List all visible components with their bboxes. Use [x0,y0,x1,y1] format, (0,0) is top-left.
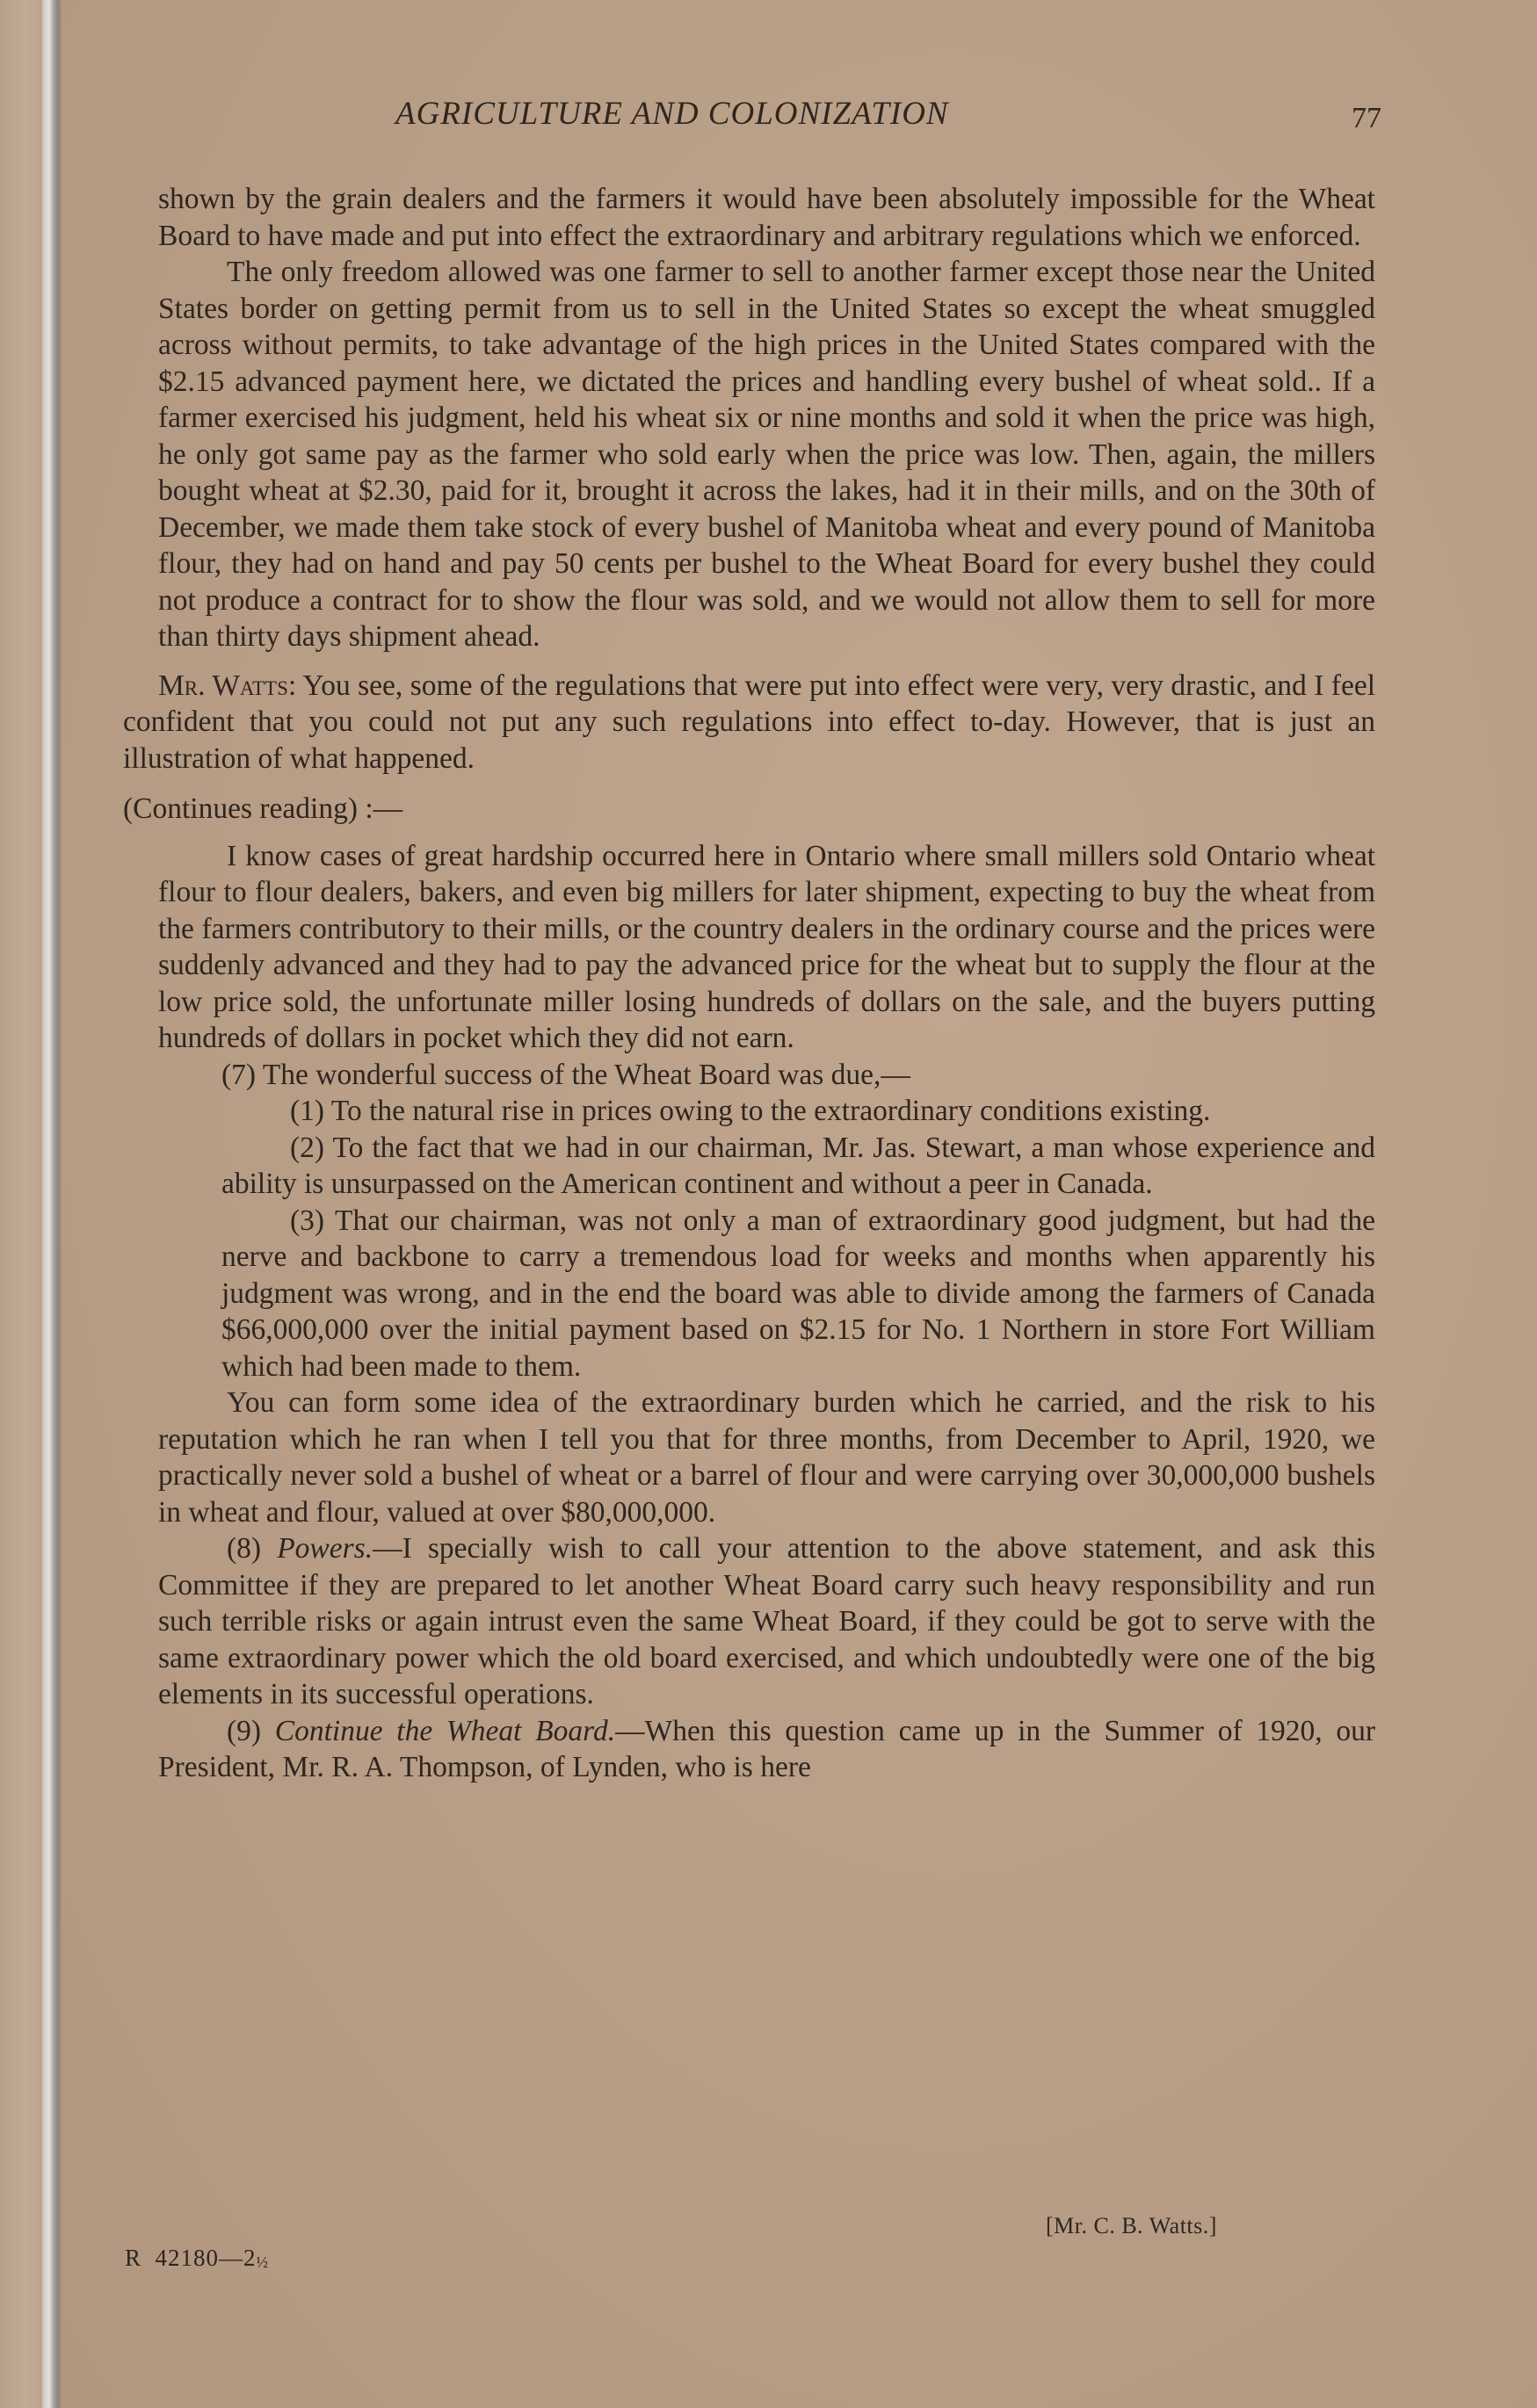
paragraph-speaker: Mr. Watts: You see, some of the regulati… [123,668,1375,777]
paragraph-item-7-3: (3) That our chairman, was not only a ma… [221,1203,1375,1385]
paragraph-item-7-1: (1) To the natural rise in prices owing … [221,1093,1375,1130]
paragraph-burden: You can form some idea of the extraordin… [158,1385,1375,1530]
paragraph-hardship: I know cases of great hardship occurred … [158,838,1375,1057]
body-text: shown by the grain dealers and the farme… [158,181,1375,1786]
running-title: AGRICULTURE AND COLONIZATION [395,95,949,133]
continues-reading: (Continues reading) :— [123,791,1375,828]
signature-prefix: R [125,2245,141,2271]
facing-page-edge [0,0,42,2408]
paragraph-item-7-2: (2) To the fact that we had in our chair… [221,1130,1375,1203]
book-gutter [42,0,62,2408]
item-number: (8) [227,1532,261,1565]
signature-number: 42180—2 [156,2245,257,2271]
item-number: (9) [227,1715,261,1747]
printer-signature: R 42180—2½ [125,2245,269,2272]
paragraph-continued: shown by the grain dealers and the farme… [158,181,1375,254]
speaker-attribution: [Mr. C. B. Watts.] [1046,2213,1217,2239]
item-heading: Powers. [277,1532,373,1565]
speaker-name: Mr. Watts: [158,669,296,702]
item-heading: Continue the Wheat Board. [275,1715,615,1747]
page-number: 77 [1352,102,1381,135]
signature-fraction: ½ [257,2253,270,2271]
speaker-remarks: You see, some of the regulations that we… [123,669,1375,775]
paragraph-freedom: The only freedom allowed was one farmer … [158,254,1375,655]
paragraph-item-7: (7) The wonderful success of the Wheat B… [221,1057,1375,1094]
paragraph-item-8: (8) Powers.—I specially wish to call you… [158,1530,1375,1713]
paragraph-item-9: (9) Continue the Wheat Board.—When this … [158,1713,1375,1786]
